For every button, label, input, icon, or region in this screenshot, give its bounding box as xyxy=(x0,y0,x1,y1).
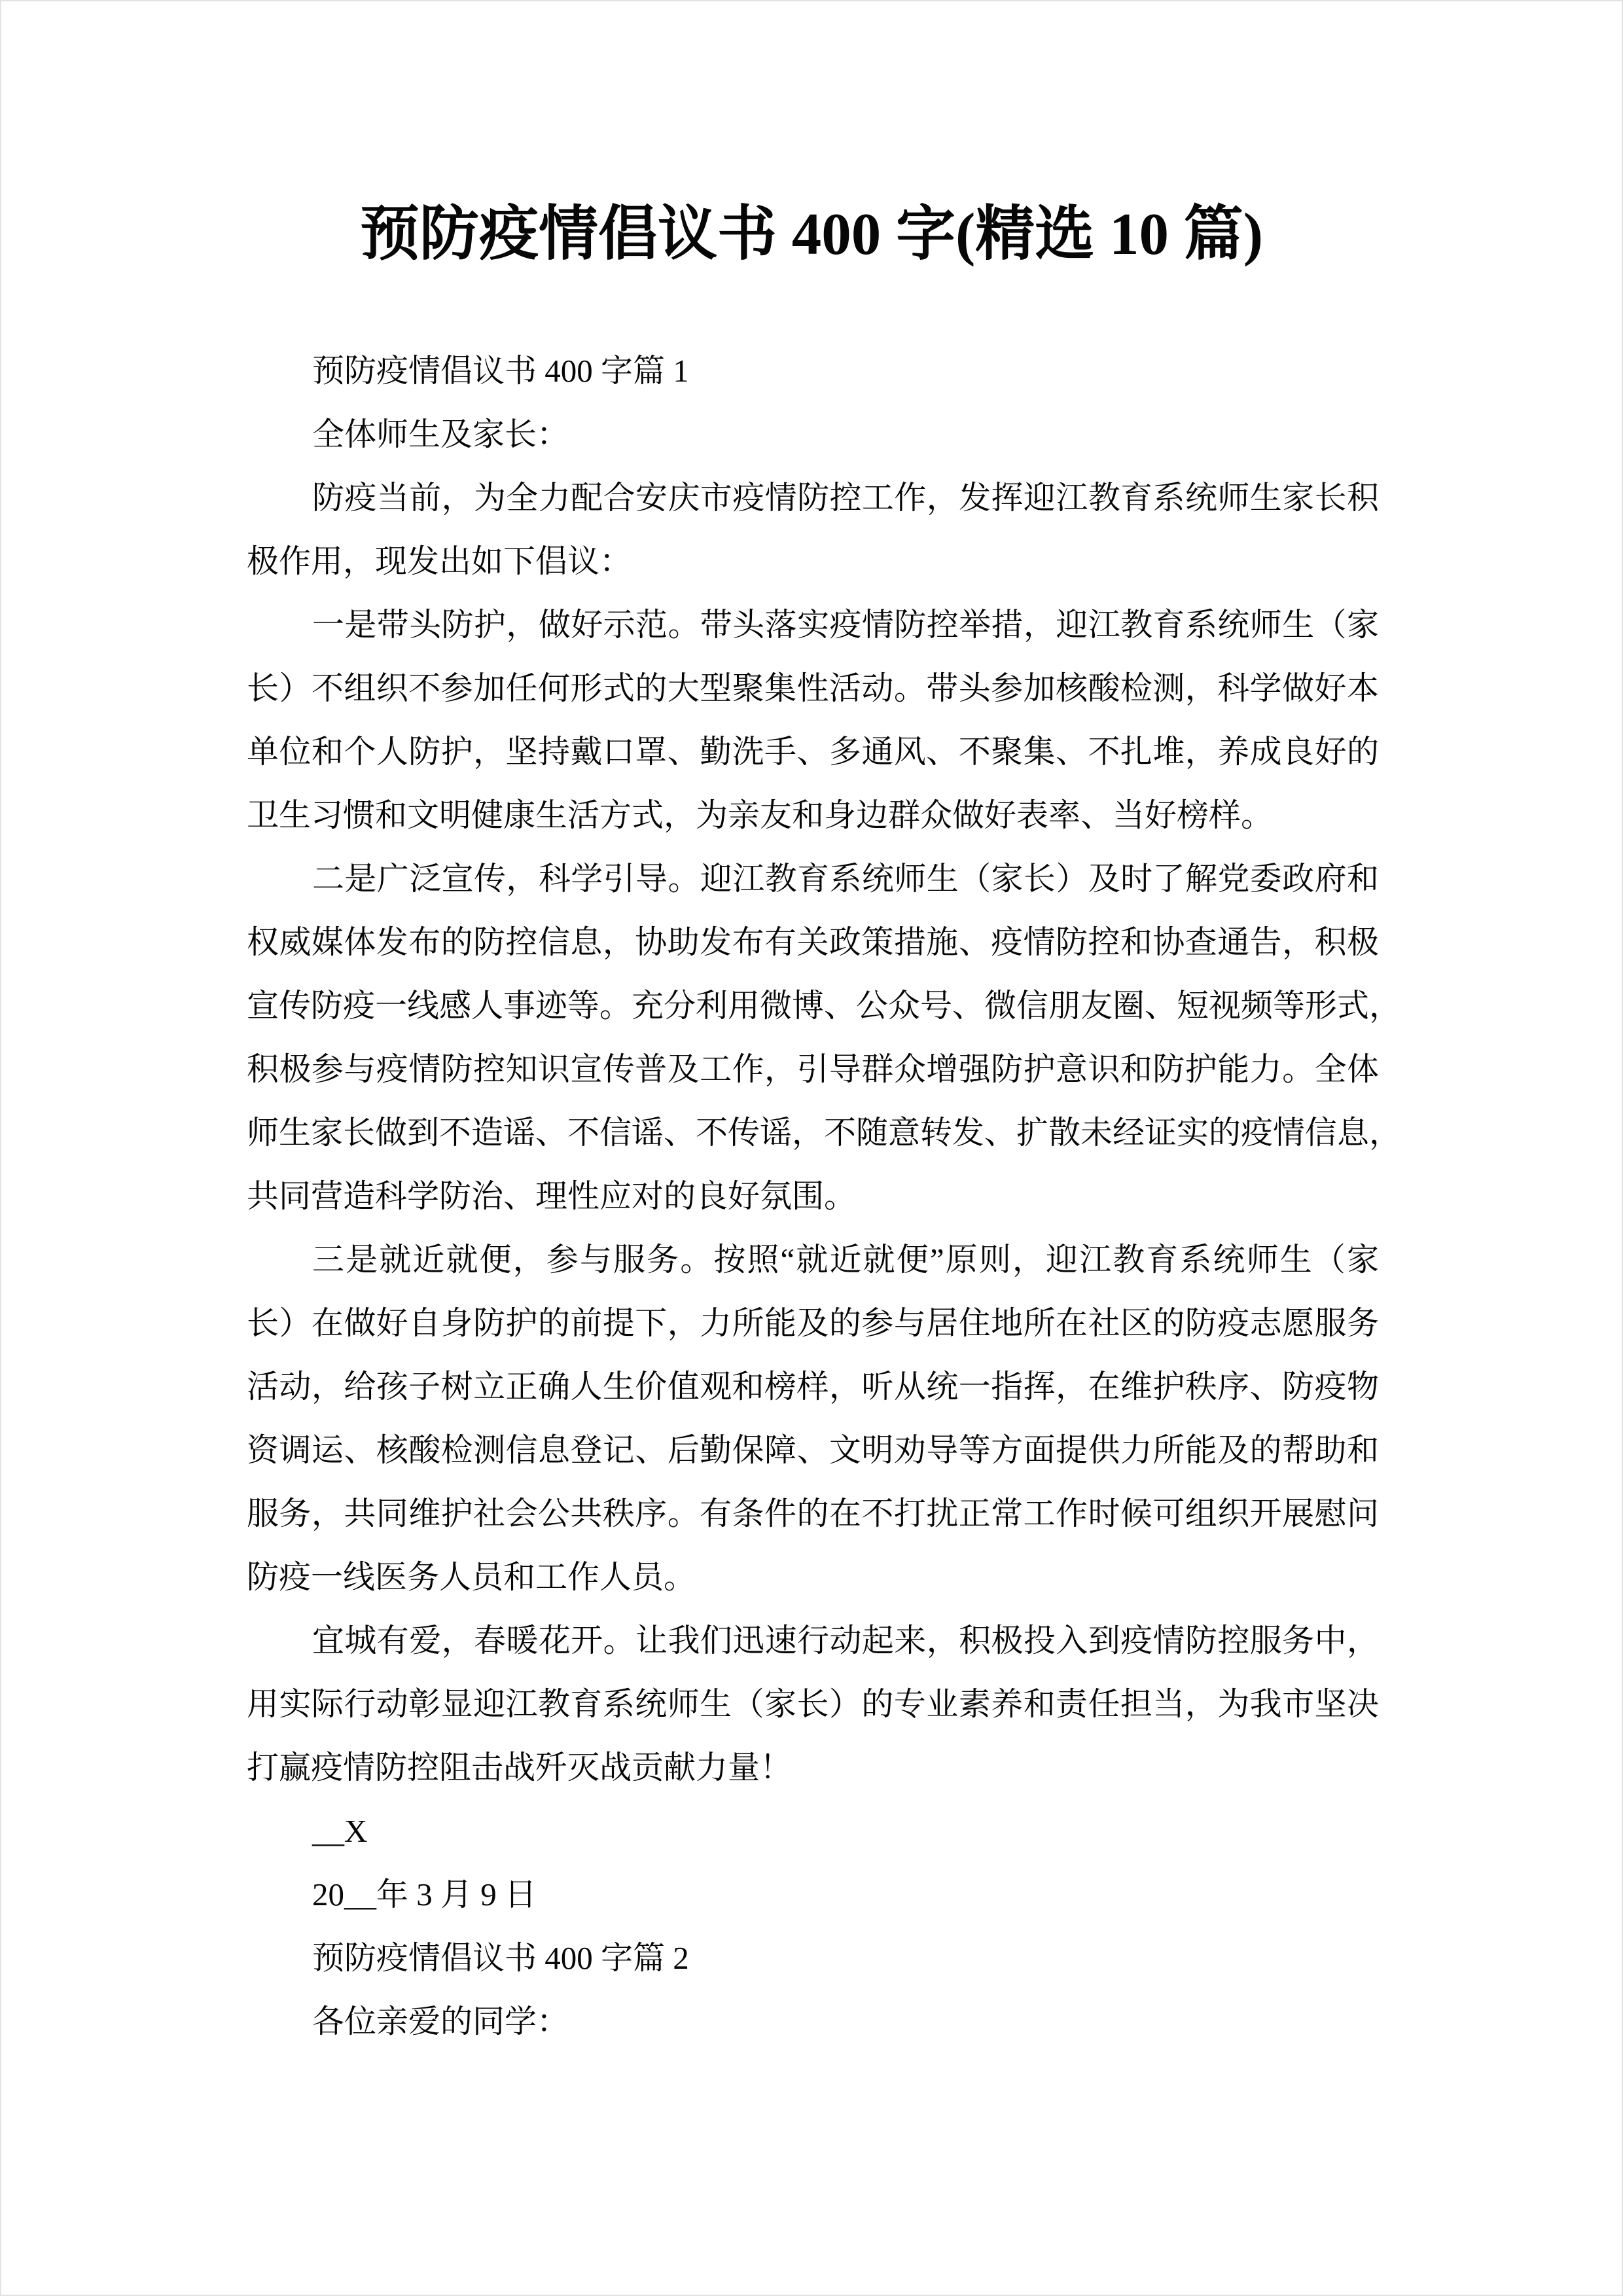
text-line: 20__年 3 月 9 日 xyxy=(247,1863,1379,1926)
text-line: 用实际行动彰显迎江教育系统师生（家长）的专业素养和责任担当，为我市坚决 xyxy=(247,1672,1379,1736)
text-line: 宣传防疫一线感人事迹等。充分利用微博、公众号、微信朋友圈、短视频等形式， xyxy=(247,974,1379,1037)
text-line: 服务，共同维护社会公共秩序。有条件的在不打扰正常工作时候可组织开展慰问 xyxy=(247,1482,1379,1545)
text-line: 打赢疫情防控阻击战歼灭战贡献力量！ xyxy=(247,1736,1379,1799)
text-line: 宜城有爱，春暖花开。让我们迅速行动起来，积极投入到疫情防控服务中， xyxy=(247,1609,1379,1672)
text-line: 单位和个人防护，坚持戴口罩、勤洗手、多通风、不聚集、不扎堆，养成良好的 xyxy=(247,720,1379,783)
document-page: 预防疫情倡议书 400 字(精选 10 篇) 预防疫情倡议书 400 字篇 1全… xyxy=(0,0,1623,2296)
text-line: 预防疫情倡议书 400 字篇 1 xyxy=(247,339,1379,403)
text-line: 三是就近就便，参与服务。按照“就近就便”原则，迎江教育系统师生（家 xyxy=(247,1228,1379,1291)
document-title: 预防疫情倡议书 400 字(精选 10 篇) xyxy=(1,195,1622,274)
text-line: 预防疫情倡议书 400 字篇 2 xyxy=(247,1926,1379,1990)
text-line: 共同营造科学防治、理性应对的良好氛围。 xyxy=(247,1164,1379,1228)
text-line: 二是广泛宣传，科学引导。迎江教育系统师生（家长）及时了解党委政府和 xyxy=(247,847,1379,910)
text-line: 活动，给孩子树立正确人生价值观和榜样，听从统一指挥，在维护秩序、防疫物 xyxy=(247,1355,1379,1418)
text-line: 极作用，现发出如下倡议： xyxy=(247,529,1379,593)
text-line: 权威媒体发布的防控信息，协助发布有关政策措施、疫情防控和协查通告，积极 xyxy=(247,910,1379,974)
text-line: 长）不组织不参加任何形式的大型聚集性活动。带头参加核酸检测，科学做好本 xyxy=(247,656,1379,720)
text-line: 师生家长做到不造谣、不信谣、不传谣，不随意转发、扩散未经证实的疫情信息， xyxy=(247,1101,1379,1164)
text-line: 一是带头防护，做好示范。带头落实疫情防控举措，迎江教育系统师生（家 xyxy=(247,593,1379,656)
text-line: 全体师生及家长： xyxy=(247,403,1379,466)
text-line: 资调运、核酸检测信息登记、后勤保障、文明劝导等方面提供力所能及的帮助和 xyxy=(247,1418,1379,1482)
text-line: 防疫当前，为全力配合安庆市疫情防控工作，发挥迎江教育系统师生家长积 xyxy=(247,466,1379,529)
document-body: 预防疫情倡议书 400 字篇 1全体师生及家长：防疫当前，为全力配合安庆市疫情防… xyxy=(247,339,1379,2053)
text-line: 防疫一线医务人员和工作人员。 xyxy=(247,1545,1379,1609)
text-line: 积极参与疫情防控知识宣传普及工作，引导群众增强防护意识和防护能力。全体 xyxy=(247,1037,1379,1101)
text-line: 长）在做好自身防护的前提下，力所能及的参与居住地所在社区的防疫志愿服务 xyxy=(247,1291,1379,1355)
text-line: __X xyxy=(247,1799,1379,1863)
text-line: 卫生习惯和文明健康生活方式，为亲友和身边群众做好表率、当好榜样。 xyxy=(247,783,1379,847)
text-line: 各位亲爱的同学： xyxy=(247,1990,1379,2053)
